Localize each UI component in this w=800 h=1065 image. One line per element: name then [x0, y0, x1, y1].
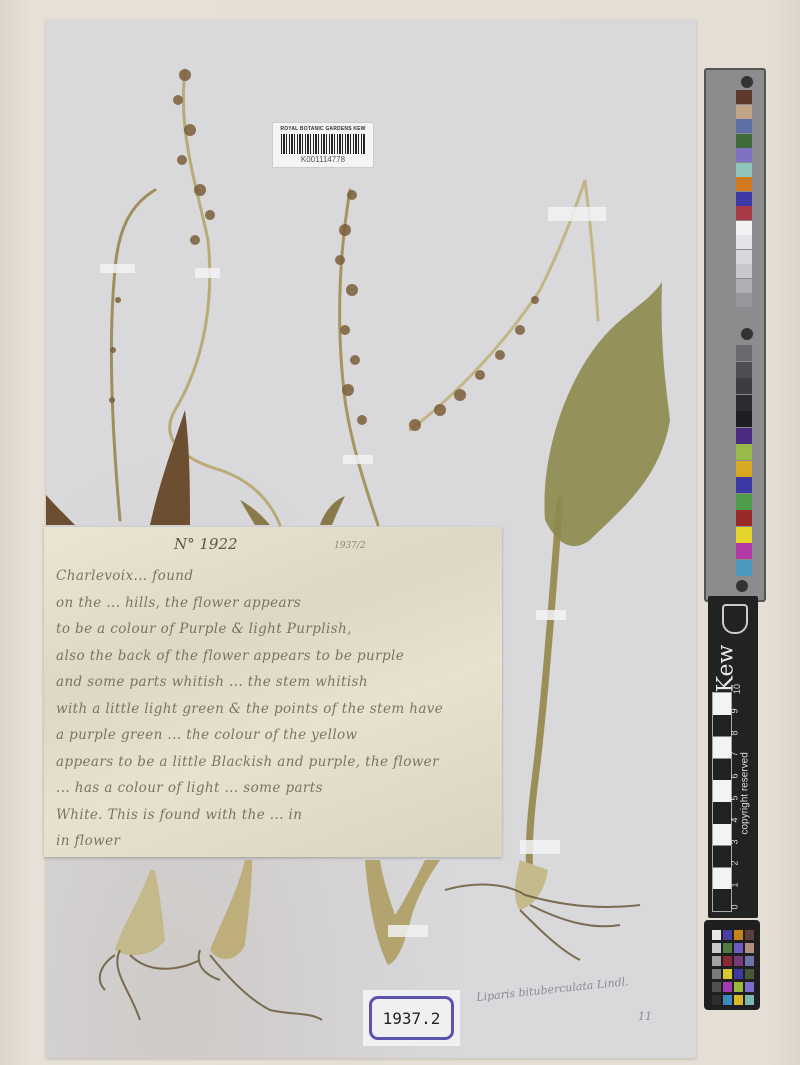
- checker-patch: [723, 995, 732, 1005]
- color-swatch: [736, 119, 752, 133]
- color-swatch: [736, 461, 752, 477]
- checker-patch: [712, 969, 721, 979]
- color-calibration-strip: [704, 68, 766, 602]
- ruler-tick-label: 8: [730, 730, 740, 735]
- checker-patch: [745, 943, 754, 953]
- color-swatch: [736, 163, 752, 177]
- barcode-number: K001114778: [273, 155, 373, 164]
- color-swatch: [736, 206, 752, 220]
- note-line: with a little light green & the points o…: [56, 696, 492, 723]
- color-checker-chart: [704, 920, 760, 1010]
- color-swatch: [736, 177, 752, 191]
- color-swatch: [736, 378, 752, 394]
- checker-patch: [745, 930, 754, 940]
- color-swatch: [736, 510, 752, 526]
- strip-hole-icon: [741, 328, 753, 340]
- checker-patch: [745, 969, 754, 979]
- note-line: Charlevoix... found: [56, 563, 492, 590]
- note-line: and some parts whitish ... the stem whit…: [56, 669, 492, 696]
- mounting-tape: [388, 925, 428, 937]
- checker-patch: [723, 956, 732, 966]
- institution-name: ROYAL BOTANIC GARDENS KEW: [273, 126, 373, 132]
- color-swatch: [736, 362, 752, 378]
- color-swatch: [736, 148, 752, 162]
- strip-hole-icon: [741, 76, 753, 88]
- checker-patch: [734, 956, 743, 966]
- checker-patch: [734, 982, 743, 992]
- ruler-tick-labels: 012345678910: [732, 688, 744, 914]
- note-header: N° 1922: [174, 535, 238, 553]
- color-swatch: [736, 411, 752, 427]
- checker-patch: [712, 956, 721, 966]
- note-line: to be a colour of Purple & light Purplis…: [56, 616, 492, 643]
- checker-patch: [734, 943, 743, 953]
- checker-patch: [745, 995, 754, 1005]
- ruler-tick-label: 3: [730, 839, 740, 844]
- ruler-tick-label: 1: [730, 883, 740, 888]
- ruler-tick-label: 2: [730, 861, 740, 866]
- barcode-label: ROYAL BOTANIC GARDENS KEW K001114778: [272, 122, 374, 168]
- centimetre-ruler: [712, 692, 732, 912]
- checker-patch: [734, 995, 743, 1005]
- note-line: a purple green ... the colour of the yel…: [56, 722, 492, 749]
- ruler-tick-label: 6: [730, 774, 740, 779]
- color-swatch: [736, 477, 752, 493]
- accession-number: 1937.2: [369, 996, 454, 1040]
- ruler-tick-label: 5: [730, 795, 740, 800]
- checker-patch: [723, 943, 732, 953]
- color-swatch: [736, 494, 752, 510]
- note-line: in flower: [56, 828, 492, 855]
- checker-patch: [723, 969, 732, 979]
- note-body: Charlevoix... found on the ... hills, th…: [56, 563, 492, 855]
- color-swatch: [736, 345, 752, 361]
- color-swatch: [736, 105, 752, 119]
- ruler-tick-label: 9: [730, 708, 740, 713]
- kew-scale-bar: Kew copyright reserved 012345678910: [708, 596, 758, 918]
- ruler-tick-label: 7: [730, 752, 740, 757]
- color-swatch: [736, 560, 752, 576]
- checker-patch: [712, 930, 721, 940]
- color-swatch: [736, 543, 752, 559]
- color-swatch: [736, 444, 752, 460]
- accession-stamp: 1937.2: [363, 990, 460, 1046]
- note-line: on the ... hills, the flower appears: [56, 590, 492, 617]
- color-swatch: [736, 395, 752, 411]
- checker-patch: [712, 995, 721, 1005]
- color-swatch: [736, 428, 752, 444]
- color-swatch: [736, 279, 752, 293]
- color-swatch: [736, 192, 752, 206]
- ruler-tick-label: 0: [730, 904, 740, 909]
- mounting-tape: [548, 207, 606, 221]
- note-line: appears to be a little Blackish and purp…: [56, 749, 492, 776]
- checker-patch: [745, 982, 754, 992]
- checker-patch: [712, 943, 721, 953]
- ruler-tick-label: 4: [730, 817, 740, 822]
- checker-patch: [712, 982, 721, 992]
- checker-patch: [734, 969, 743, 979]
- note-line: also the back of the flower appears to b…: [56, 643, 492, 670]
- color-swatch: [736, 250, 752, 264]
- handwritten-field-note: N° 1922 1937/2 Charlevoix... found on th…: [44, 527, 502, 857]
- color-swatch: [736, 90, 752, 104]
- color-swatch: [736, 293, 752, 307]
- note-line: White. This is found with the ... in: [56, 802, 492, 829]
- strip-hole-icon: [736, 580, 748, 592]
- color-swatch: [736, 235, 752, 249]
- checker-patch: [723, 982, 732, 992]
- color-swatch: [736, 264, 752, 278]
- mounting-tape: [536, 610, 566, 620]
- mounting-tape: [343, 455, 373, 464]
- note-line: ... has a colour of light ... some parts: [56, 775, 492, 802]
- note-side-number: 1937/2: [334, 541, 366, 551]
- checker-patch: [723, 930, 732, 940]
- determination-sub: 11: [638, 1010, 652, 1023]
- mounting-tape: [520, 840, 560, 854]
- checker-patch: [745, 956, 754, 966]
- ruler-tick-label: 10: [732, 684, 742, 694]
- color-swatch: [736, 221, 752, 235]
- kew-crest-icon: [722, 604, 748, 634]
- color-swatch: [736, 527, 752, 543]
- mounting-tape: [100, 264, 135, 273]
- checker-patch: [734, 930, 743, 940]
- barcode-icon: [281, 134, 365, 154]
- mounting-tape: [195, 268, 220, 278]
- color-swatch: [736, 134, 752, 148]
